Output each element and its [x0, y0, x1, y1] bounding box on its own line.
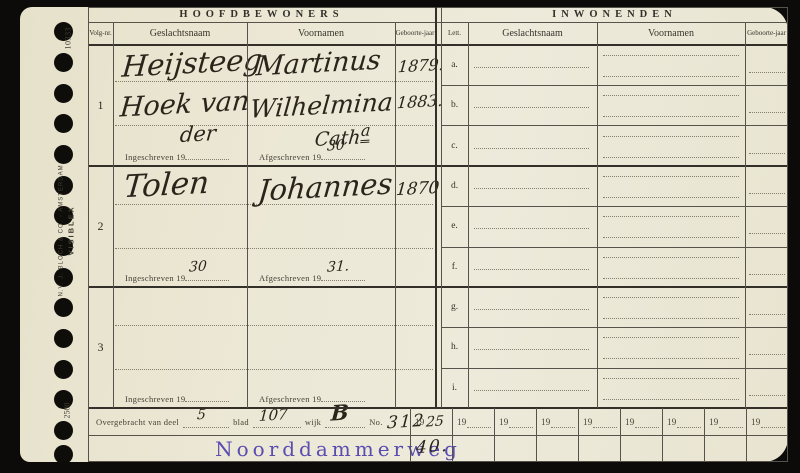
letter-label: a.	[441, 45, 468, 85]
inwonende-row-a: a.	[441, 45, 788, 85]
letter-label: h.	[441, 327, 468, 367]
entry-voornamen: Wilhelmina	[249, 87, 394, 124]
year-cell: 19	[704, 408, 746, 435]
entry-geboortejaar: 1870	[395, 178, 440, 200]
ingeschreven-label: Ingeschreven 19	[125, 152, 185, 162]
colhead-voornamen: Voornamen	[247, 22, 395, 45]
letter-label: i.	[441, 368, 468, 408]
year-cell: 19	[536, 408, 578, 435]
afgeschreven-value: 30	[327, 137, 346, 154]
entry-voornamen: Johannes	[257, 166, 394, 207]
year-cell: 19	[620, 408, 662, 435]
afgeschreven-label: Afgeschreven 19	[259, 273, 321, 283]
letter-label: f.	[441, 247, 468, 287]
inwonende-row-d: d.	[441, 166, 788, 206]
entry-geslachtsnaam: Tolen	[122, 165, 210, 206]
house-number: 40.	[415, 436, 449, 458]
scanned-register-card: 10333 N.V. J. BLOCH & CO. - AMSTERDAM VI…	[0, 0, 800, 473]
entry-geslachtsnaam: Heijsteeg	[121, 42, 264, 84]
inwonende-row-i: i.	[441, 368, 788, 408]
year-written: 25	[425, 413, 444, 430]
wijk-value: B	[330, 399, 349, 425]
inwonende-row-e: e.	[441, 206, 788, 246]
colhead-geslachtsnaam: Geslachtsnaam	[113, 22, 247, 45]
no-label: No.	[369, 417, 382, 427]
volgnr: 1	[88, 45, 113, 166]
wijk-label: wijk	[305, 417, 321, 427]
colhead-volgnr: Volg-nr.	[88, 22, 113, 45]
inwonende-row-b: b.	[441, 85, 788, 125]
year-cell: 19	[746, 408, 788, 435]
year-cell: 19	[662, 408, 704, 435]
letter-label: g.	[441, 287, 468, 327]
card: 10333 N.V. J. BLOCH & CO. - AMSTERDAM VI…	[20, 7, 788, 462]
inwonende-row-c: c.	[441, 126, 788, 166]
punch-hole	[54, 421, 73, 440]
colhead-geslachtsnaam-inw: Geslachtsnaam	[468, 22, 597, 45]
entry-voornamen: Martinus	[255, 45, 382, 83]
letter-label: d.	[441, 166, 468, 206]
afgeschreven-label: Afgeschreven 19	[259, 394, 321, 404]
entry-geslachtsnaam: Hoek van	[119, 86, 251, 124]
year-cell: 19	[494, 408, 536, 435]
colhead-lett: Lett.	[441, 22, 468, 45]
inwonende-row-h: h.	[441, 327, 788, 367]
section-title-inwonenden: INWONENDEN	[441, 8, 788, 22]
colhead-voornamen-inw: Voornamen	[597, 22, 745, 45]
letter-label: b.	[441, 85, 468, 125]
afgeschreven-value: 31.	[327, 258, 350, 276]
blad-label: blad	[233, 417, 249, 427]
colhead-geboortejaar-inw: Geboorte-jaar	[745, 22, 788, 45]
punch-hole	[54, 445, 73, 464]
year-cell: 19	[578, 408, 620, 435]
volgnr: 3	[88, 287, 113, 408]
colhead-geboortejaar: Geboorte-jaar	[395, 22, 435, 45]
year-cell: 19	[452, 408, 494, 435]
letter-label: c.	[441, 126, 468, 166]
form-number: 10333	[64, 10, 73, 50]
address-row: Noorddammerweg 40.	[88, 435, 788, 462]
overgebracht-line: Overgebracht van deel 5 blad 107 wijk B …	[96, 408, 425, 435]
year-cell-first: 19 25	[410, 408, 452, 435]
inwonende-row-g: g.	[441, 287, 788, 327]
entry-geslachtsnaam-cont: der	[179, 121, 217, 147]
entry-geboortejaar: 1879.	[397, 55, 444, 77]
afgeschreven-label: Afgeschreven 19	[259, 152, 321, 162]
ingeschreven-label: Ingeschreven 19	[125, 394, 185, 404]
volgnr: 2	[88, 166, 113, 287]
section-title-hoofdbewoners: HOOFDBEWONERS	[88, 8, 435, 22]
ingeschreven-value: 30	[189, 258, 208, 275]
inwonende-row-f: f.	[441, 247, 788, 287]
ingeschreven-label: Ingeschreven 19	[125, 273, 185, 283]
letter-label: e.	[441, 206, 468, 246]
overgebracht-row: Overgebracht van deel 5 blad 107 wijk B …	[88, 408, 788, 435]
overgebracht-label: Overgebracht van deel	[96, 417, 179, 427]
